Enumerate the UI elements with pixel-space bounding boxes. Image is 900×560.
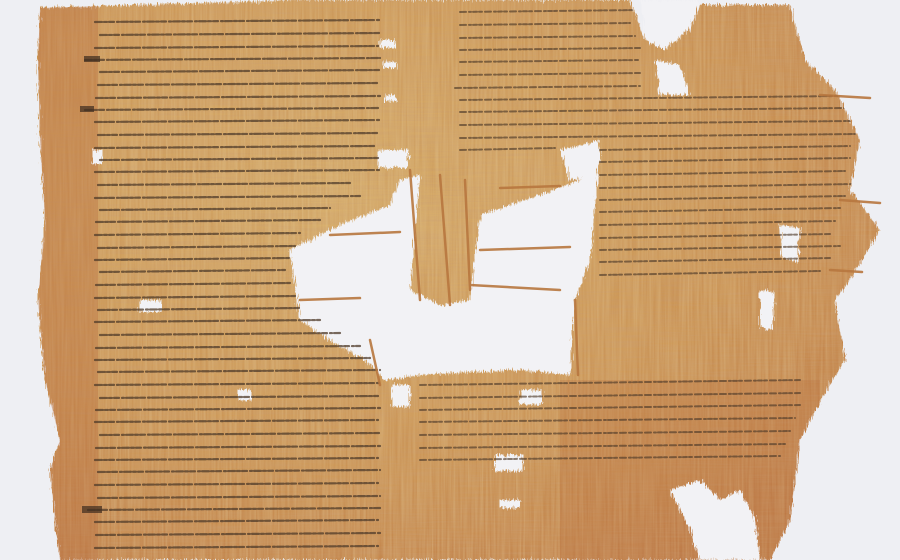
papyrus-fragment <box>0 0 900 560</box>
photo-scene <box>0 0 900 560</box>
